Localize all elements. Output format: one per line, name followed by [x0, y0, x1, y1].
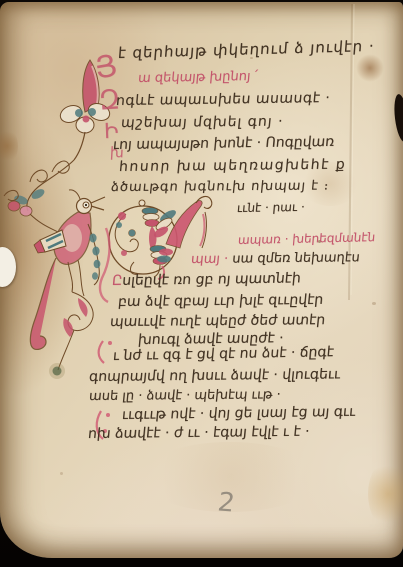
text-line: բա ձվէ զբայ ււր խլէ զււըվէր — [117, 292, 324, 310]
text-line: հոսոր խա պեղռացխեհէ ք — [118, 157, 347, 175]
text-line: պշեխայ մզխել գոյ · — [120, 114, 284, 131]
rubric-line: ապառ · խերեզմանէն — [237, 230, 375, 247]
text-line: ոխ ձավէէ · ժ ււ · էգայ էվլէ ւ է · — [87, 424, 310, 442]
speck — [60, 472, 63, 475]
text-line: ոգևէ ապաւսխես ասասգէ · — [115, 90, 331, 109]
speck — [372, 302, 376, 305]
text-span: սլեըվէ ռո ցբ ոյ պատնէի — [122, 270, 302, 289]
edge-stain — [0, 128, 18, 164]
rubric-word: պայ · — [190, 252, 229, 267]
text-line: ասե լը · ձավէ · պեխէպ ււթ · — [88, 387, 281, 404]
text-line: պայ · սա զմեռ նեխաղէս — [190, 250, 360, 267]
text-line: ւոյ ապայսթո խոնէ · Ոոգըվառ — [112, 134, 335, 153]
text-line: ււնէ · րաւ · — [236, 200, 305, 215]
page-edge-notch — [392, 93, 403, 142]
text-line: ձծաւթգո խգնուխ ոխպայ է ։ — [110, 178, 330, 195]
text-line: Ըսլեըվէ ռո ցբ ոյ պատնէի — [111, 270, 301, 289]
ink-stain — [356, 54, 384, 82]
text-line: ււգււթ ովէ · վոյ ցե լսայ էց այ գււ — [121, 404, 356, 423]
text-line: գոպրայմվ ող խսււ ձավէ · վլուգեււ — [88, 366, 341, 385]
rubric-line: ա զեկայթ խընոյ ՛ — [137, 69, 258, 86]
manuscript-photo: Յ Զ Ի խ է զերհայթ փկեղում ձ յուվէր · ա զ… — [0, 0, 403, 567]
text-span: սա զմեռ նեխաղէս — [227, 250, 360, 266]
yellow-stain — [368, 460, 403, 528]
text-line: պաււվէ ուղէ պեըժ ծեժ ատէր — [109, 312, 326, 330]
